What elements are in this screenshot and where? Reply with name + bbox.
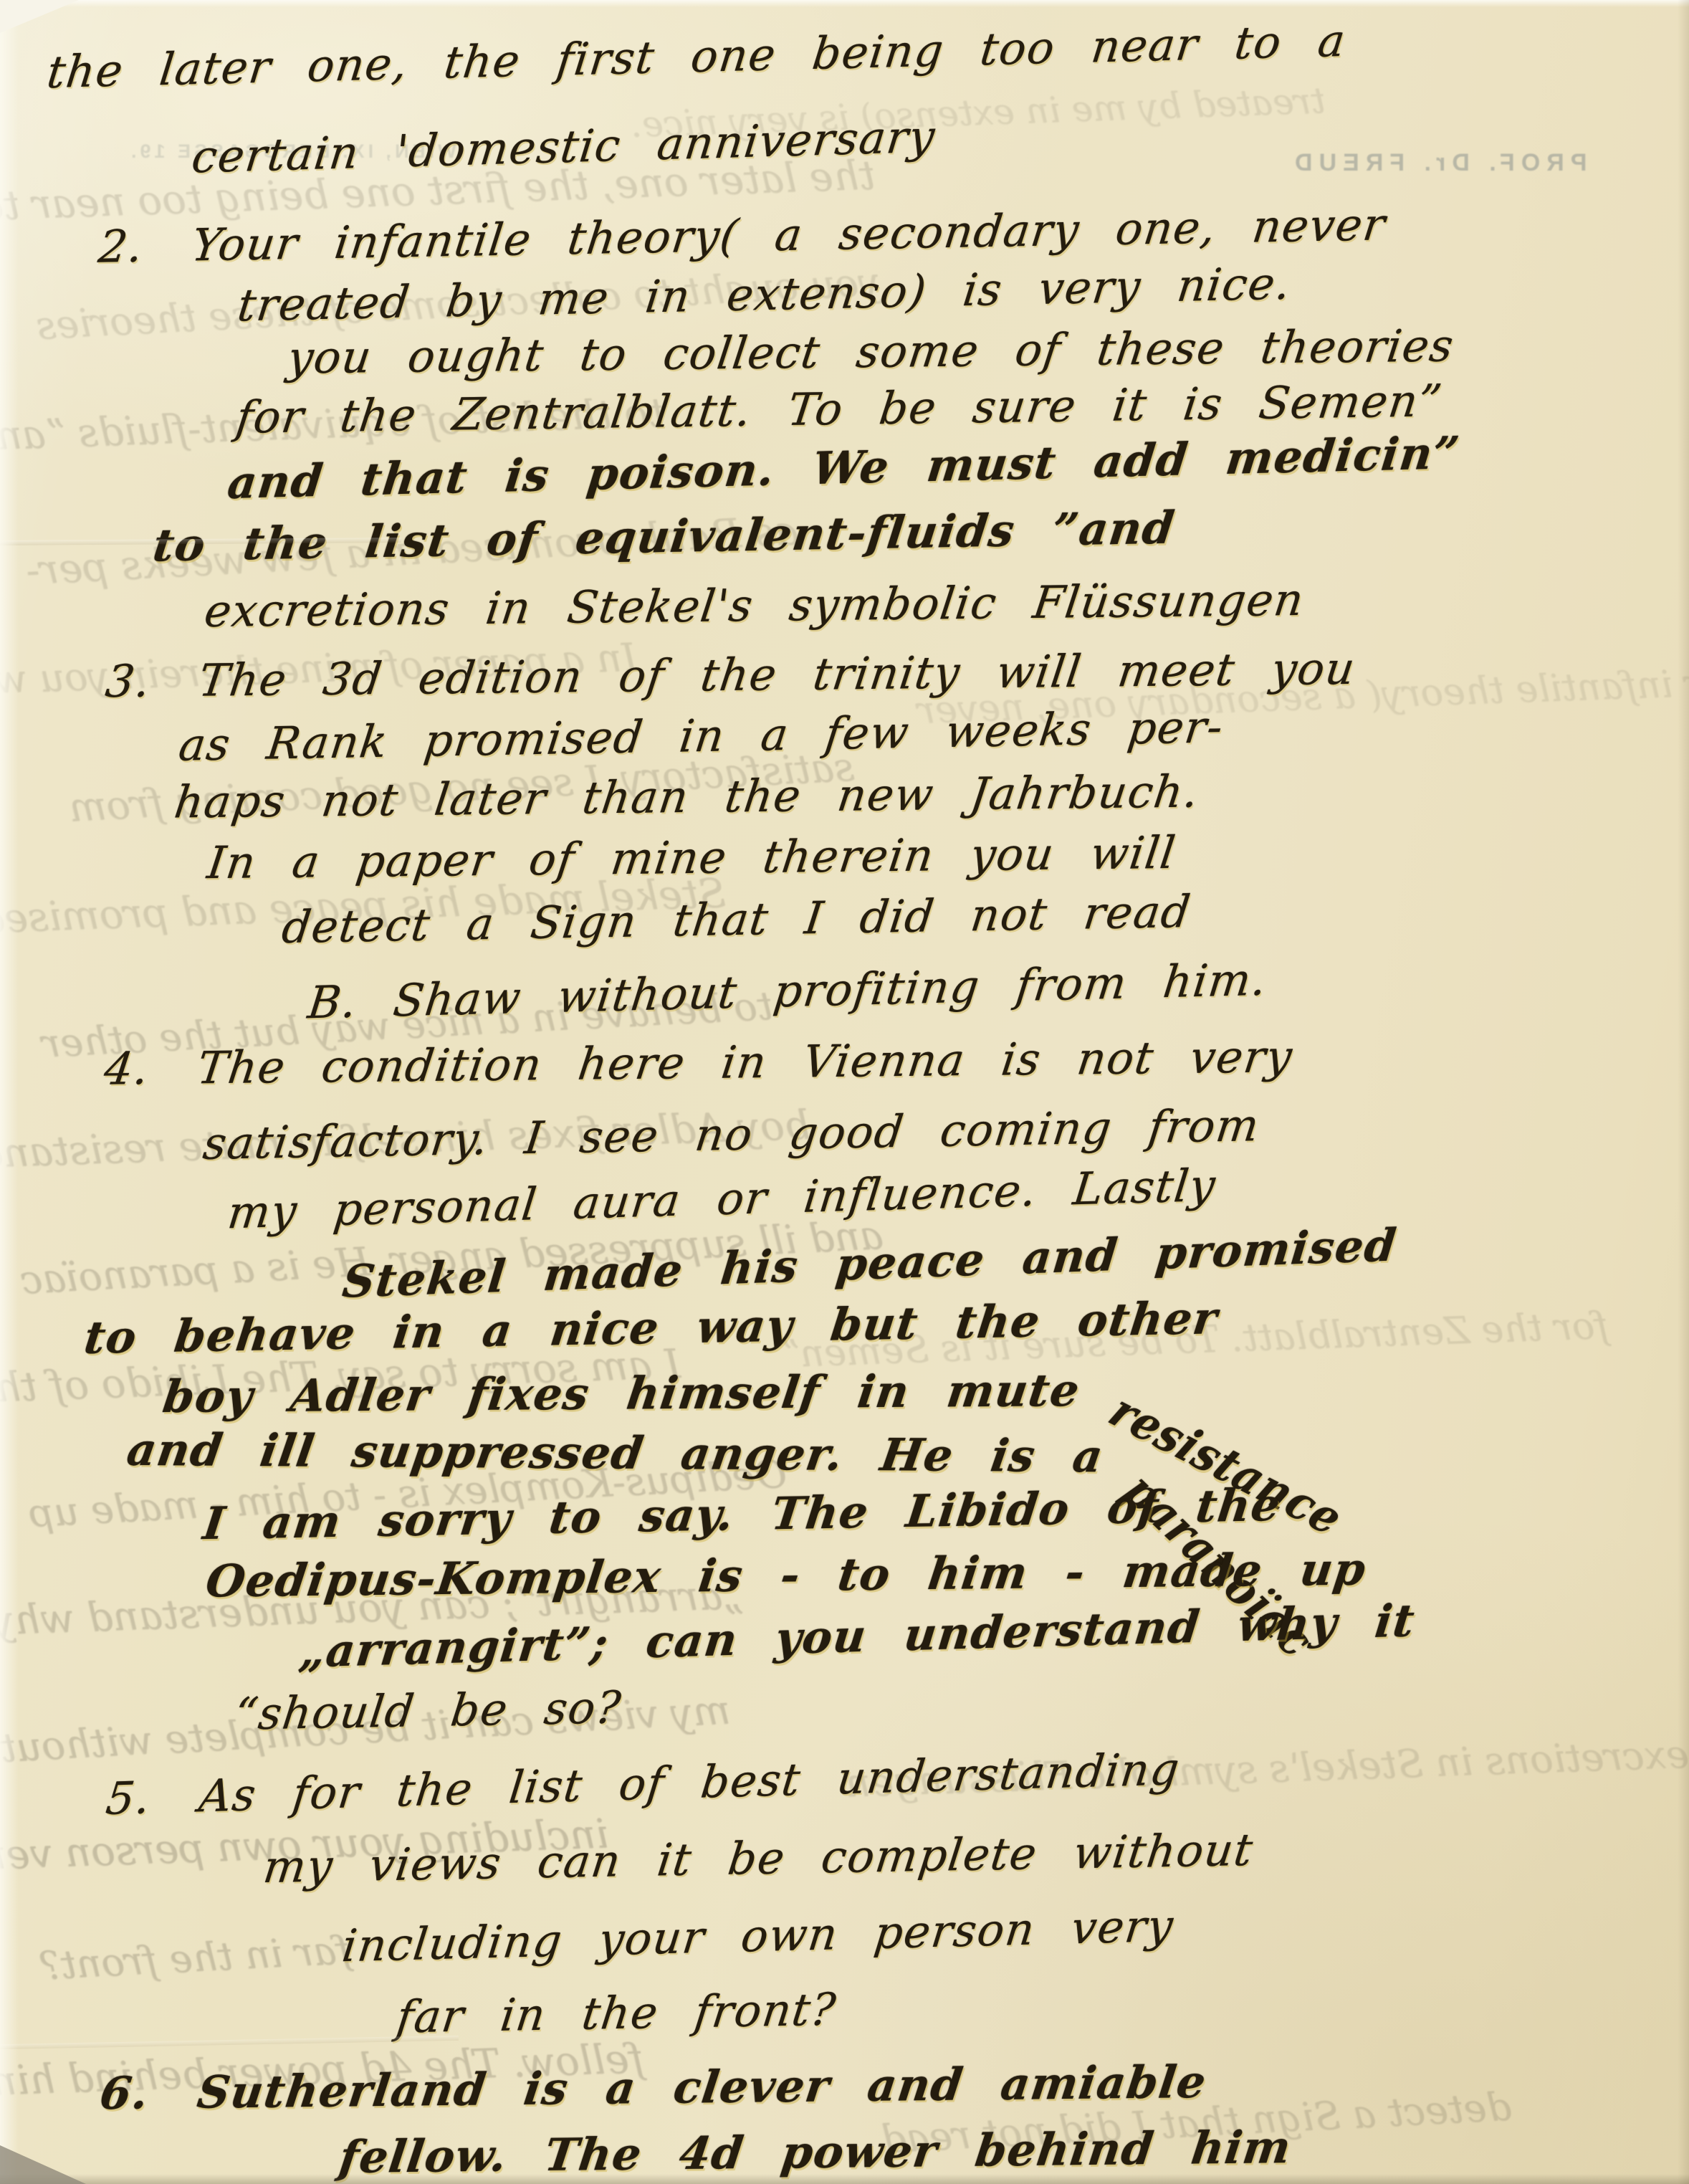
letter-line: 5.As for the list of best understanding — [105, 1742, 1180, 1825]
letter-line: In a paper of mine therein you will — [208, 826, 1177, 889]
line-text: The 3d edition of the trinity will meet … — [196, 642, 1359, 707]
line-text: you ought to collect some of these theor… — [284, 319, 1457, 383]
line-text: B. Shaw without profiting from him. — [305, 953, 1270, 1029]
letter-line: my personal aura or influence. Lastly — [227, 1159, 1216, 1239]
list-number: 4. — [101, 1042, 153, 1095]
list-number: 5. — [103, 1771, 153, 1825]
letter-line: you ought to collect some of these theor… — [288, 319, 1455, 383]
letter-line: to the list of equivalent-fluids ”and — [153, 502, 1175, 572]
line-text: In a paper of mine therein you will — [204, 826, 1179, 889]
line-text: „arrangirt”; can you understand why it — [297, 1594, 1417, 1678]
line-text: my views can it be complete without — [261, 1823, 1257, 1893]
letter-line: excretions in Stekel's symbolic Flüssung… — [205, 573, 1304, 637]
line-text: haps not later than the new Jahrbuch. — [171, 765, 1202, 828]
letter-line: my views can it be complete without — [263, 1823, 1253, 1893]
letter-line: 3.The 3d edition of the trinity will mee… — [106, 642, 1356, 707]
line-text: my personal aura or influence. Lastly — [225, 1159, 1219, 1239]
letter-line: B. Shaw without profiting from him. — [307, 953, 1268, 1029]
line-text: and ill suppressed anger. He is a — [124, 1424, 1107, 1482]
list-number: 2. — [96, 220, 147, 273]
letter-line: I am sorry to say. The Libido of the — [203, 1479, 1281, 1550]
letter-line: „arrangirt”; can you understand why it — [299, 1594, 1415, 1677]
letter-line: 4.The condition here in Vienna is not ve… — [105, 1030, 1293, 1095]
letter-line: including your own person very — [342, 1899, 1174, 1972]
handwriting-layer: the later one, the first one being too n… — [0, 0, 1689, 2184]
line-text: as Rank promised in a few weeks per- — [176, 700, 1227, 771]
line-text: including your own person very — [340, 1899, 1177, 1973]
letter-line: far in the front? — [396, 1983, 836, 2044]
line-text: Oedipus-Komplex is - to him - made up — [203, 1542, 1369, 1607]
line-text: “should be so? — [232, 1681, 625, 1740]
line-text: excretions in Stekel's symbolic Flüssung… — [201, 573, 1307, 637]
letter-line: and ill suppressed anger. He is a parano… — [128, 1424, 1398, 1484]
line-text: treated by me in extenso) is very nice. — [235, 257, 1294, 332]
line-text: far in the front? — [394, 1983, 840, 2044]
line-text: Sutherland is a clever and amiable — [194, 2056, 1210, 2119]
line-text: boy Adler fixes himself in mute — [160, 1364, 1083, 1423]
line-text: certain 'domestic anniversary — [189, 110, 938, 183]
letter-line: to behave in a nice way but the other — [84, 1292, 1217, 1364]
list-number: 3. — [102, 654, 154, 707]
line-text: fellow. The 4d power behind him — [336, 2121, 1294, 2183]
line-text: Stekel made his peace and promised — [340, 1219, 1399, 1308]
line-text: satisfactory. I see no good coming from — [201, 1099, 1263, 1170]
letter-line: certain 'domestic anniversary — [191, 110, 936, 183]
line-text: to the list of equivalent-fluids ”and — [150, 501, 1178, 571]
letter-line: satisfactory. I see no good coming from — [203, 1099, 1260, 1170]
letter-line: Stekel made his peace and promised — [342, 1219, 1397, 1307]
letter-line: detect a Sign that I did not read — [282, 885, 1191, 953]
line-text: the later one, the first one being too n… — [44, 14, 1349, 99]
line-text: I am sorry to say. The Libido of the — [201, 1479, 1284, 1550]
letter-line: the later one, the first one being too n… — [47, 14, 1346, 98]
letter-line: treated by me in extenso) is very nice. — [237, 257, 1291, 332]
line-text: As for the list of best understanding — [196, 1742, 1182, 1822]
letter-line: “should be so? — [234, 1681, 621, 1740]
line-text: The condition here in Vienna is not very — [194, 1030, 1296, 1094]
letter-page: the later one, the first one being too n… — [0, 0, 1689, 2184]
list-number: 6. — [97, 2066, 152, 2119]
letter-line: haps not later than the new Jahrbuch. — [175, 766, 1200, 829]
letter-line: 6.Sutherland is a clever and amiable — [100, 2056, 1207, 2119]
line-text: to behave in a nice way but the other — [82, 1292, 1221, 1364]
line-text: detect a Sign that I did not read — [279, 885, 1195, 953]
letter-line: as Rank promised in a few weeks per- — [178, 700, 1223, 771]
letter-line: boy Adler fixes himself in mute resistan… — [163, 1362, 1384, 1423]
letter-line: Oedipus-Komplex is - to him - made up — [206, 1543, 1367, 1608]
letter-line: fellow. The 4d power behind him — [340, 2121, 1292, 2183]
